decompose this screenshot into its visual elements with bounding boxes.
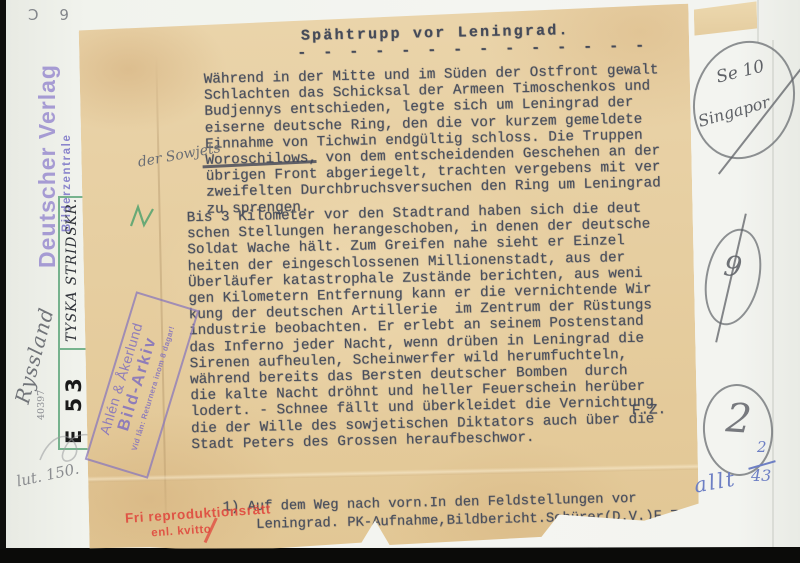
fraction-numerator: 2 [757, 438, 767, 456]
fraction-denominator: 43 [751, 466, 771, 485]
clipping-paper: Spähtrupp vor Leningrad. - - - - - - - -… [78, 4, 699, 555]
circled-number: 2 [724, 395, 753, 443]
serial-number: 40397 [36, 390, 47, 420]
fold-line-horizontal [88, 464, 698, 483]
paper-crease [757, 0, 759, 42]
scan-background-strip [0, 547, 800, 563]
clipping-paragraph-2: Bis 3 Kilometer vor den Stadtrand haben … [187, 200, 698, 454]
scanned-photo-back: Ɔ 9 Deutscher Verlag Bilderzentrale Ryss… [0, 0, 800, 563]
author-initials: F.Z. [632, 402, 667, 419]
rights-stamp-line2: enl. kvitto [151, 523, 212, 539]
category-box-label: TYSKA STRIDSKR. [64, 198, 80, 342]
clipping-paragraph-1: Während in der Mitte und im Süden der Os… [204, 61, 703, 217]
publisher-stamp-line1: Deutscher Verlag [34, 64, 61, 268]
pencil-corner-mark: Ɔ 9 [28, 6, 77, 24]
green-mark [128, 204, 158, 230]
